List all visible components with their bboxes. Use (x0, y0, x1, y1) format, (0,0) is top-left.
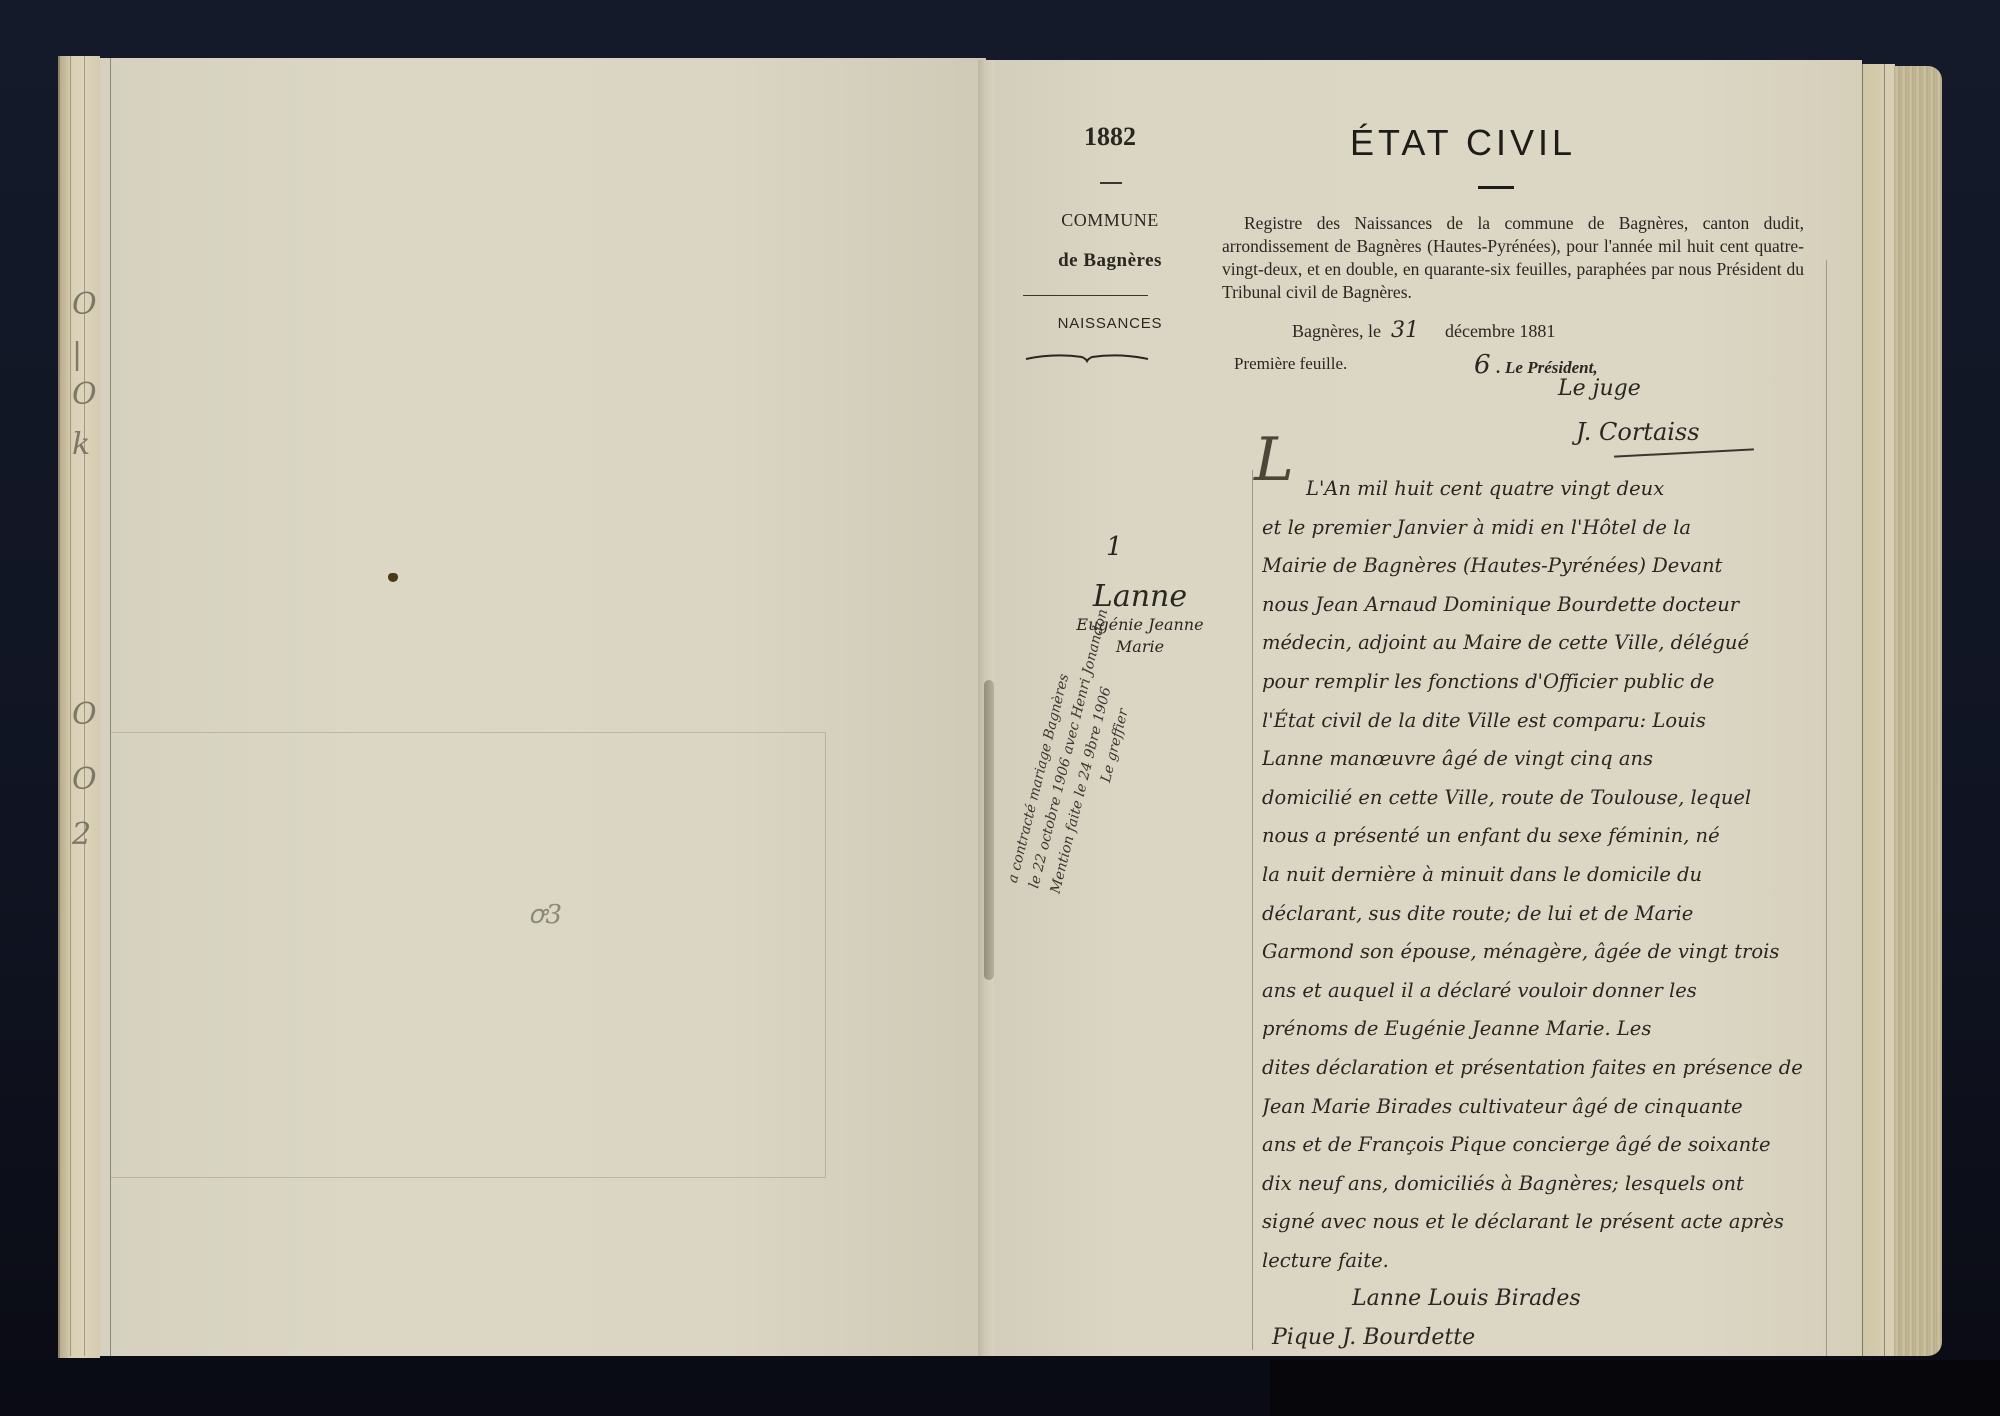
scan-background-bottom (1270, 1360, 2000, 1416)
act-line: l'État civil de la dite Ville est compar… (1262, 702, 1822, 741)
act-line: ans et de François Pique concierge âgé d… (1262, 1126, 1822, 1165)
signatures-row: Pique J. Bourdette (1262, 1319, 1822, 1358)
left-page-faint-rectangle (110, 732, 826, 1178)
act-line: déclarant, sus dite route; de lui et de … (1262, 895, 1822, 934)
header-dash (1100, 182, 1122, 184)
act-line: Garmond son épouse, ménagère, âgée de vi… (1262, 933, 1822, 972)
act-line: signé avec nous et le déclarant le prése… (1262, 1203, 1822, 1242)
left-margin-char: O (72, 700, 108, 730)
right-edge-rule (1884, 64, 1885, 1356)
pencil-mark: ꝍ3 (528, 895, 562, 931)
right-column-rule (1826, 260, 1827, 1356)
date-day: 31 (1391, 318, 1419, 343)
act-line: dix neuf ans, domiciliés à Bagnères; les… (1262, 1165, 1822, 1204)
act-line: domicilié en cette Ville, route de Toulo… (1262, 779, 1822, 818)
commune-name: de Bagnères (1020, 250, 1200, 272)
president-signature: J. Cortaiss (1576, 418, 1700, 446)
text-margin-rule (1252, 470, 1253, 1350)
act-line: lecture faite. (1262, 1242, 1822, 1281)
date-prefix: Bagnères, le (1292, 321, 1381, 341)
president-number: 6 (1474, 350, 1491, 380)
act-line: dites déclaration et présentation faites… (1262, 1049, 1822, 1088)
header-rule (1023, 295, 1148, 296)
act-number: 1 (1106, 532, 1123, 562)
act-line: L'An mil huit cent quatre vingt deux (1262, 470, 1822, 509)
act-line: ans et auquel il a déclaré vouloir donne… (1262, 972, 1822, 1011)
register-date: Bagnères, le31décembre 1881 (1292, 318, 1555, 343)
act-line: Lanne manœuvre âgé de vingt cinq ans (1262, 740, 1822, 779)
left-margin-char: | (72, 340, 108, 370)
act-line: pour remplir les fonctions d'Officier pu… (1262, 663, 1822, 702)
right-page-edge-stack (1894, 66, 1942, 1356)
left-margin-char: O (72, 290, 108, 320)
signatures-row: Lanne Louis Birades (1262, 1280, 1822, 1319)
section-label: NAISSANCES (1030, 315, 1190, 332)
ink-spot (388, 573, 398, 582)
date-suffix: décembre 1881 (1445, 321, 1555, 341)
act-line: la nuit dernière à minuit dans le domici… (1262, 856, 1822, 895)
act-line: et le premier Janvier à midi en l'Hôtel … (1262, 509, 1822, 548)
act-line: Jean Marie Birades cultivateur âgé de ci… (1262, 1088, 1822, 1127)
register-intro: Registre des Naissances de la commune de… (1222, 212, 1804, 304)
act-line: médecin, adjoint au Maire de cette Ville… (1262, 624, 1822, 663)
gutter-shadow (984, 680, 994, 980)
sheet-label: Première feuille. (1234, 354, 1347, 374)
document-title: ÉTAT CIVIL (1350, 122, 1576, 164)
act-line: Mairie de Bagnères (Hautes-Pyrénées) Dev… (1262, 547, 1822, 586)
left-margin-char: 2 (72, 820, 108, 850)
right-page-edge-strip (1862, 64, 1895, 1356)
act-line: nous Jean Arnaud Dominique Bourdette doc… (1262, 586, 1822, 625)
left-margin-char: O (72, 380, 108, 410)
flourish-ornament-icon (1024, 350, 1150, 364)
act-body: L'An mil huit cent quatre vingt deux et … (1262, 470, 1822, 1358)
register-year: 1882 (1040, 122, 1180, 152)
left-margin-char: k (72, 430, 108, 460)
page-edge-line (70, 56, 71, 1356)
act-line: prénoms de Eugénie Jeanne Marie. Les (1262, 1010, 1822, 1049)
judge-signature: Le juge (1558, 376, 1641, 401)
left-margin-char: O (72, 765, 108, 795)
act-line: nous a présenté un enfant du sexe fémini… (1262, 817, 1822, 856)
commune-label: COMMUNE (1030, 210, 1190, 231)
title-rule (1478, 186, 1514, 189)
president-label: . Le Président, (1497, 358, 1598, 377)
right-edge-rule (1862, 64, 1863, 1356)
